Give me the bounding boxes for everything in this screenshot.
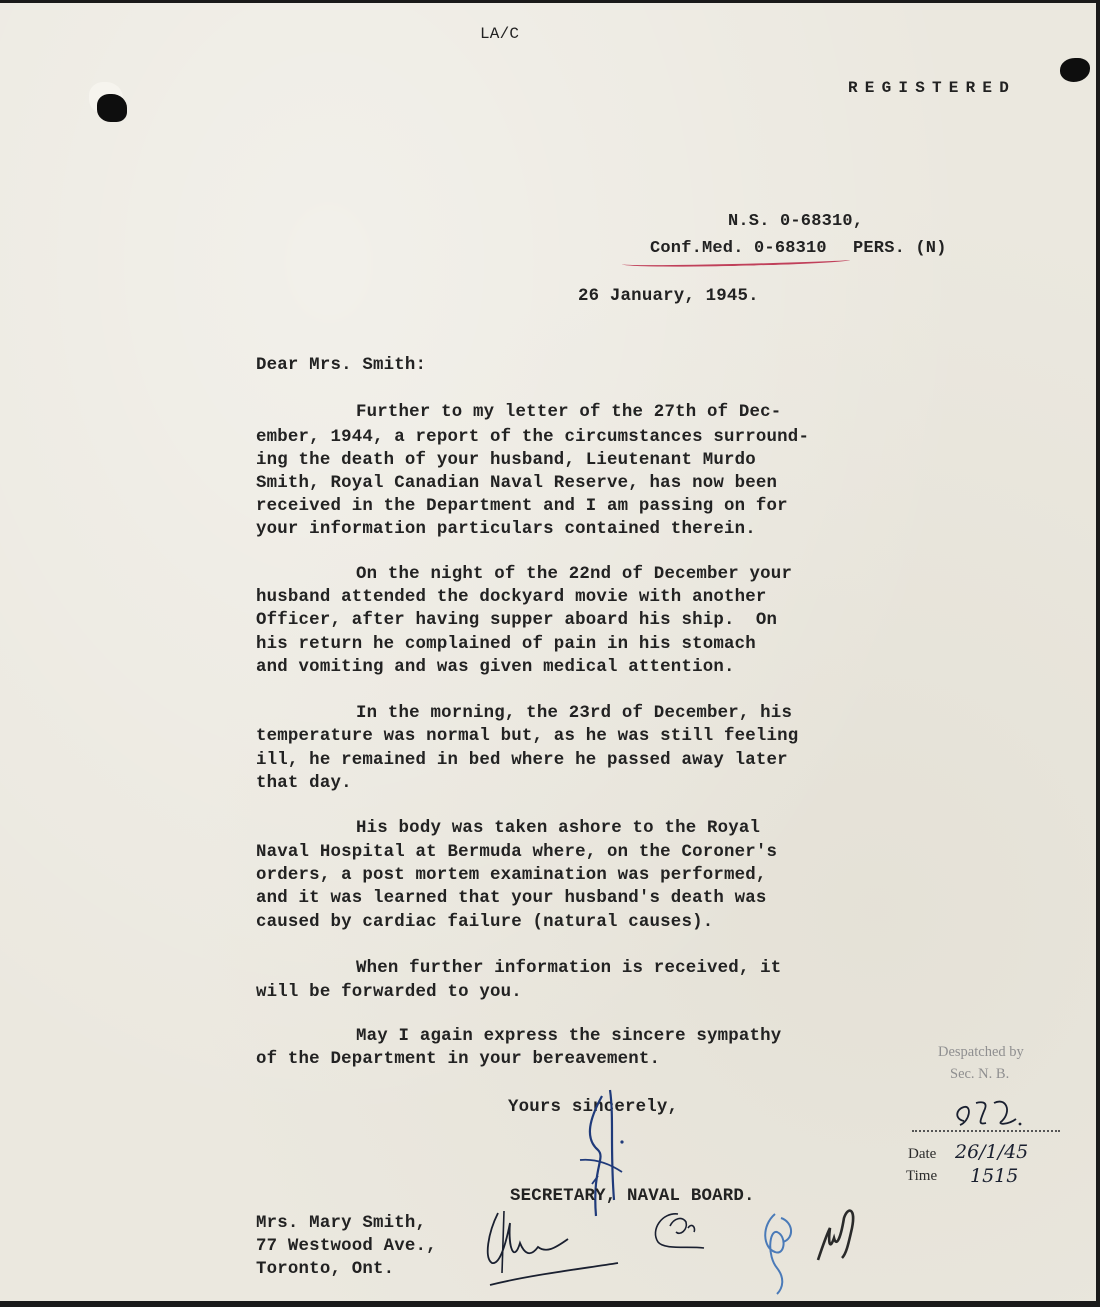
paragraph-line: His body was taken ashore to the Royal (356, 819, 760, 838)
stamp-line-2: Sec. N. B. (950, 1066, 1009, 1083)
paragraph-line: and it was learned that your husband's d… (256, 889, 767, 908)
paragraph-line: ill, he remained in bed where he passed … (256, 751, 788, 770)
paragraph-line: Naval Hospital at Bermuda where, on the … (256, 843, 777, 862)
handwritten-initials-blue (755, 1208, 805, 1298)
paragraph-line: When further information is received, it (356, 959, 781, 978)
paragraph-line: and vomiting and was given medical atten… (256, 658, 735, 677)
paragraph-line: Further to my letter of the 27th of Dec- (356, 403, 781, 422)
handwritten-initials-w (812, 1198, 862, 1268)
ns-reference: N.S. 0-68310, (728, 212, 863, 231)
handwritten-initials-ehlee (480, 1203, 630, 1293)
paragraph-line: that day. (256, 774, 352, 793)
conf-med-reference-struck: Conf.Med. 0-68310 (650, 239, 827, 258)
punch-hole-right (1060, 58, 1090, 82)
paragraph-line: orders, a post mortem examination was pe… (256, 866, 767, 885)
dispatch-initials (950, 1091, 1030, 1131)
recipient-name: Mrs. Mary Smith, (256, 1214, 426, 1233)
paragraph-line: received in the Department and I am pass… (256, 497, 788, 516)
letter-date: 26 January, 1945. (578, 287, 759, 306)
paragraph-line: May I again express the sincere sympathy (356, 1027, 781, 1046)
recipient-street: 77 Westwood Ave., (256, 1237, 437, 1256)
paragraph-line: ember, 1944, a report of the circumstanc… (256, 428, 809, 447)
stamp-time-label: Time (906, 1168, 937, 1185)
paragraph-line: your information particulars contained t… (256, 520, 756, 539)
paragraph-line: husband attended the dockyard movie with… (256, 588, 767, 607)
registered-label: REGISTERED (848, 79, 1016, 97)
paragraph-line: On the night of the 22nd of December you… (356, 565, 792, 584)
pers-reference: PERS. (N) (853, 239, 947, 258)
paragraph-line: ing the death of your husband, Lieutenan… (256, 451, 756, 470)
paragraph-line: In the morning, the 23rd of December, hi… (356, 704, 792, 723)
paragraph-line: will be forwarded to you. (256, 983, 522, 1002)
paragraph-line: Smith, Royal Canadian Naval Reserve, has… (256, 474, 777, 493)
recipient-city: Toronto, Ont. (256, 1260, 394, 1279)
paragraph-line: Officer, after having supper aboard his … (256, 611, 777, 630)
stamp-date-label: Date (908, 1146, 936, 1163)
stamp-time-value: 1515 (970, 1165, 1018, 1187)
letter-page: LA/C REGISTERED N.S. 0-68310, Conf.Med. … (0, 3, 1096, 1301)
paragraph-line: temperature was normal but, as he was st… (256, 727, 798, 746)
paragraph-line: his return he complained of pain in his … (256, 635, 756, 654)
paragraph-line: caused by cardiac failure (natural cause… (256, 913, 713, 932)
handwritten-initials-la (648, 1208, 718, 1258)
top-note: LA/C (480, 25, 519, 43)
stamp-dotted-line (912, 1130, 1060, 1132)
stamp-date-value: 26/1/45 (955, 1141, 1028, 1163)
punch-hole-left (97, 94, 127, 122)
paragraph-line: of the Department in your bereavement. (256, 1050, 660, 1069)
stamp-line-1: Despatched by (938, 1044, 1024, 1061)
salutation: Dear Mrs. Smith: (256, 356, 426, 375)
